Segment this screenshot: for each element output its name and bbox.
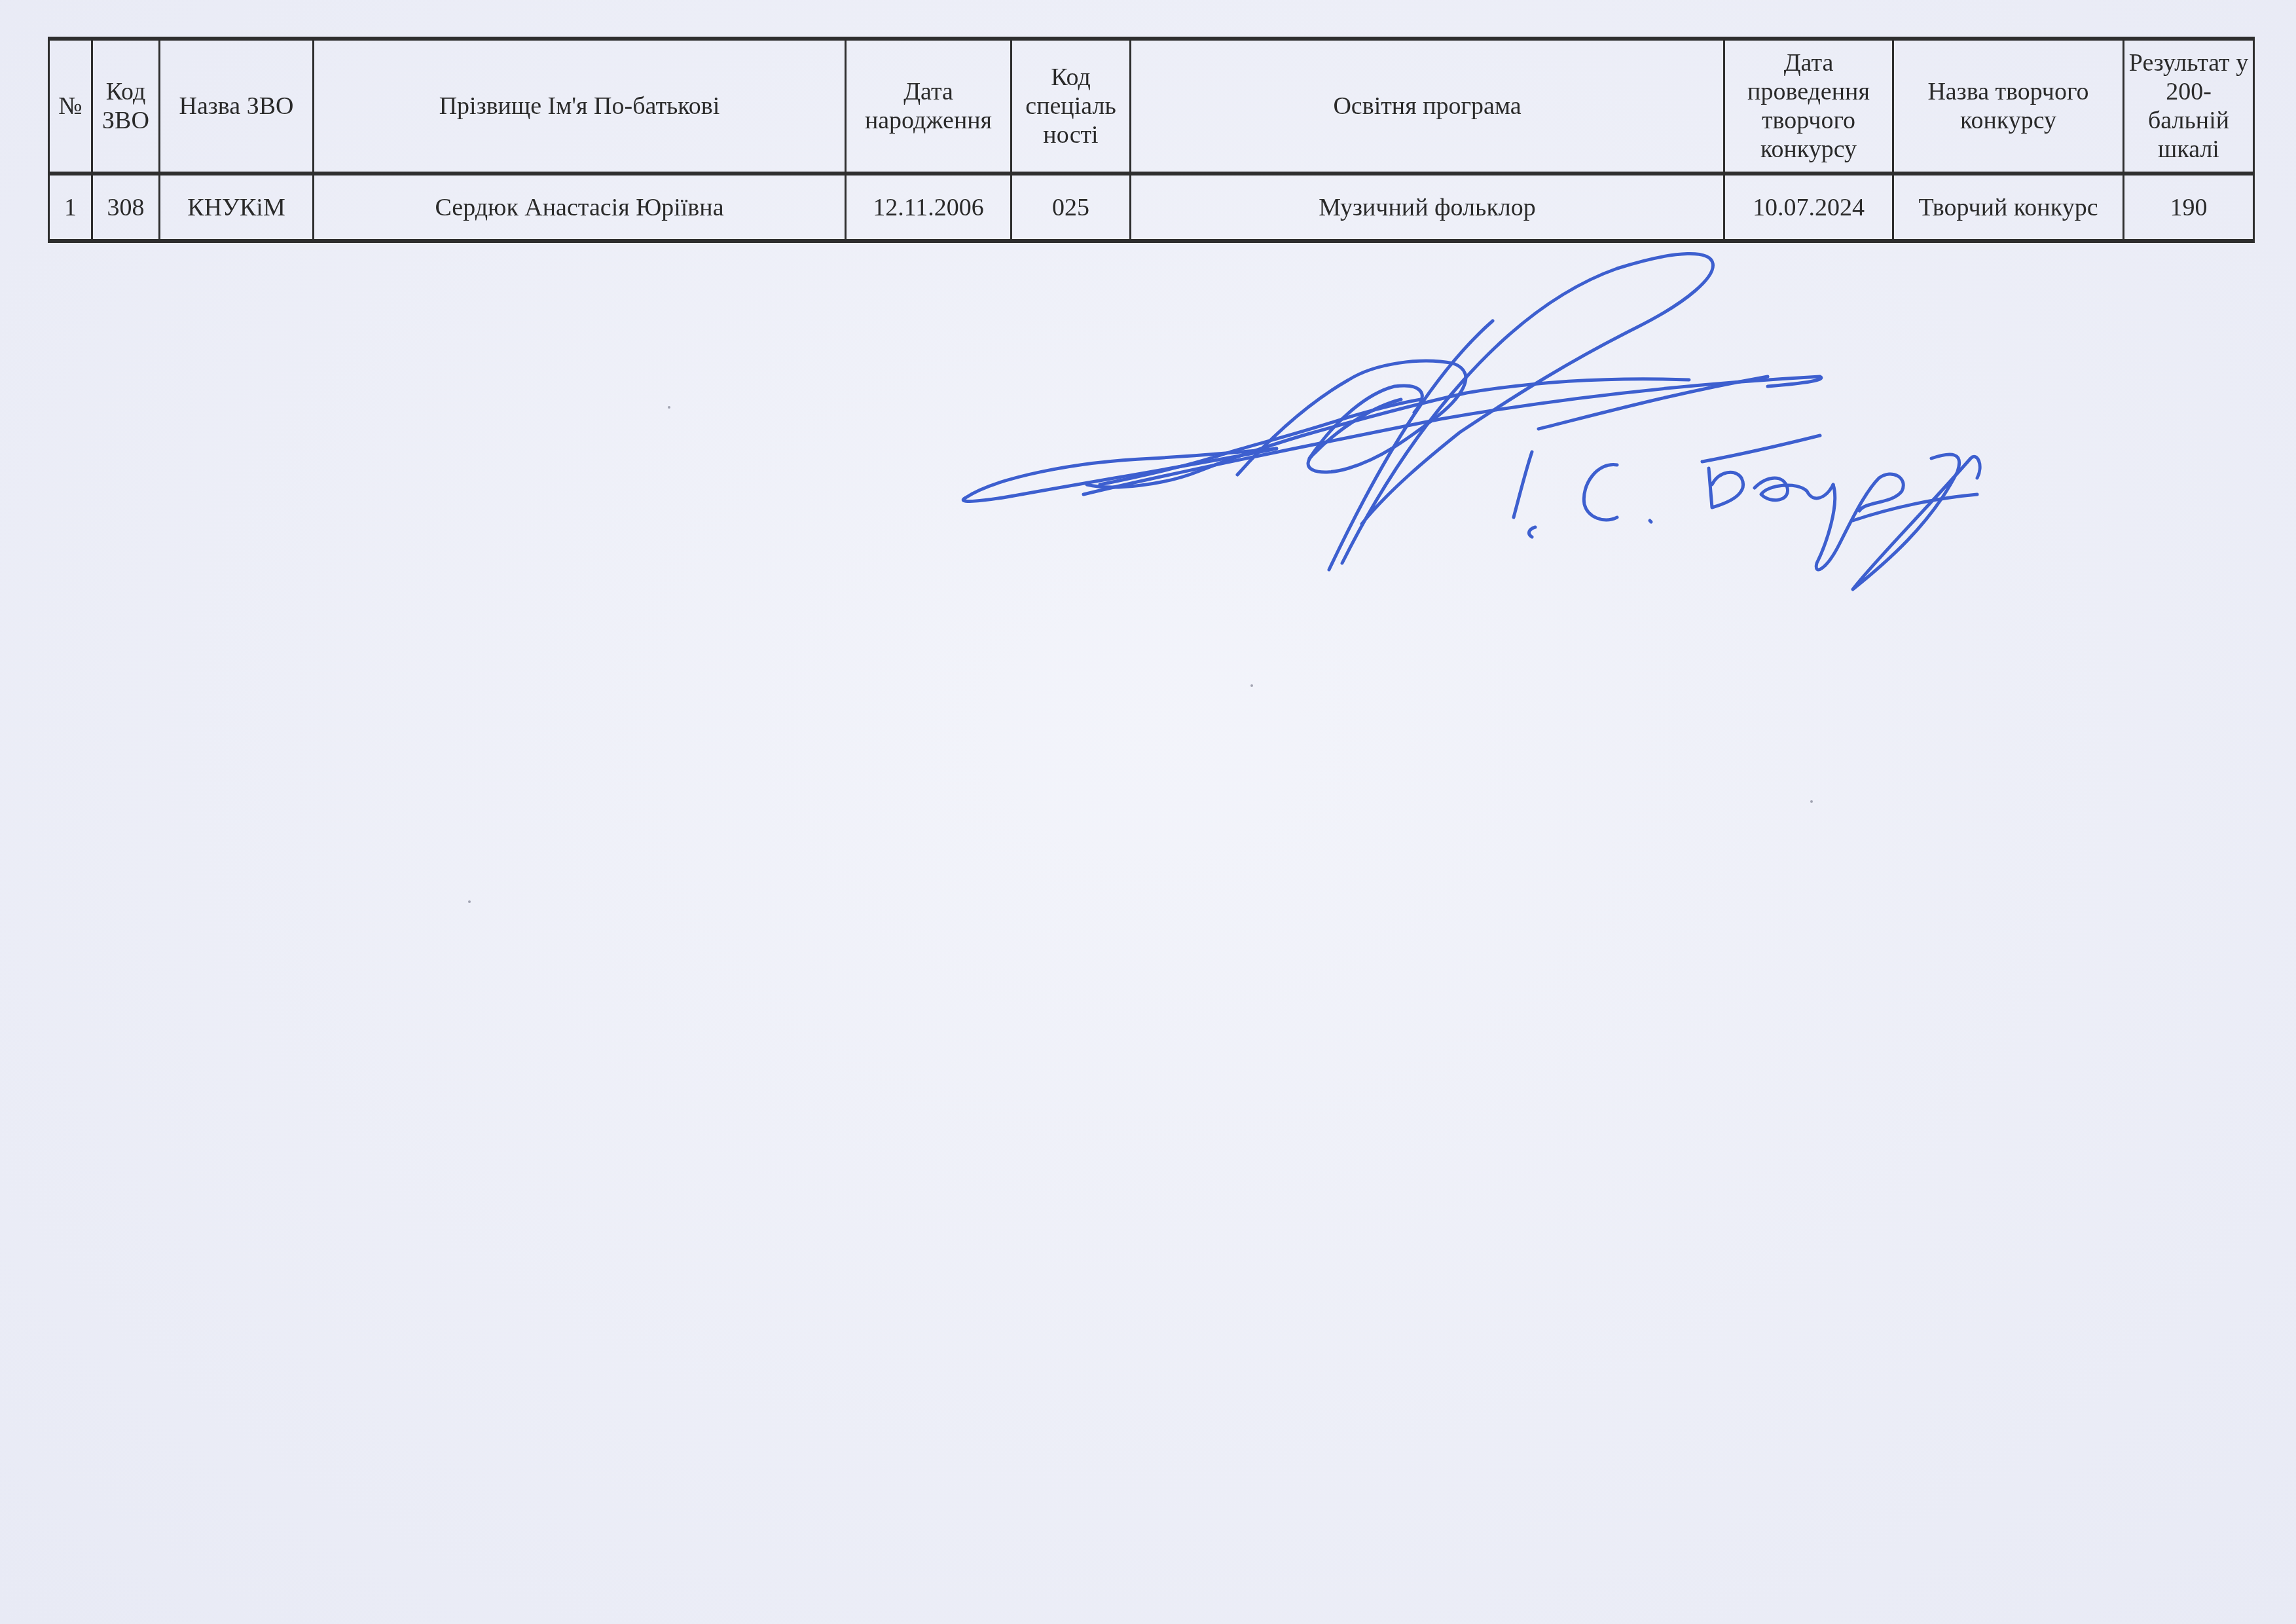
paper-speck <box>468 900 471 903</box>
header-zvo-code: Код ЗВО <box>92 39 160 174</box>
paper-speck <box>668 406 670 409</box>
header-contest-date: Дата проведення творчого конкурсу <box>1724 39 1893 174</box>
cell-contest-name: Творчий конкурс <box>1893 174 2124 241</box>
table-header-row: № Код ЗВО Назва ЗВО Прізвище Ім'я По-бат… <box>49 39 2254 174</box>
paper-background <box>0 0 2296 1624</box>
signature <box>0 0 2296 1624</box>
cell-number: 1 <box>49 174 92 241</box>
cell-zvo-name: КНУКіМ <box>160 174 314 241</box>
results-table: № Код ЗВО Назва ЗВО Прізвище Ім'я По-бат… <box>48 37 2255 243</box>
header-zvo-name: Назва ЗВО <box>160 39 314 174</box>
header-specialty-code: Код спеціаль ності <box>1011 39 1131 174</box>
header-full-name: Прізвище Ім'я По-батькові <box>314 39 846 174</box>
header-score: Результат у 200-бальній шкалі <box>2124 39 2254 174</box>
cell-full-name: Сердюк Анастасія Юріївна <box>314 174 846 241</box>
cell-program: Музичний фольклор <box>1131 174 1724 241</box>
table-row: 1 308 КНУКіМ Сердюк Анастасія Юріївна 12… <box>49 174 2254 241</box>
paper-speck <box>1810 800 1813 803</box>
cell-specialty-code: 025 <box>1011 174 1131 241</box>
cell-score: 190 <box>2124 174 2254 241</box>
header-birth-date: Дата народження <box>846 39 1011 174</box>
cell-zvo-code: 308 <box>92 174 160 241</box>
header-number: № <box>49 39 92 174</box>
paper-speck <box>1250 684 1253 687</box>
header-program: Освітня програма <box>1131 39 1724 174</box>
cell-contest-date: 10.07.2024 <box>1724 174 1893 241</box>
cell-birth-date: 12.11.2006 <box>846 174 1011 241</box>
header-contest-name: Назва творчого конкурсу <box>1893 39 2124 174</box>
